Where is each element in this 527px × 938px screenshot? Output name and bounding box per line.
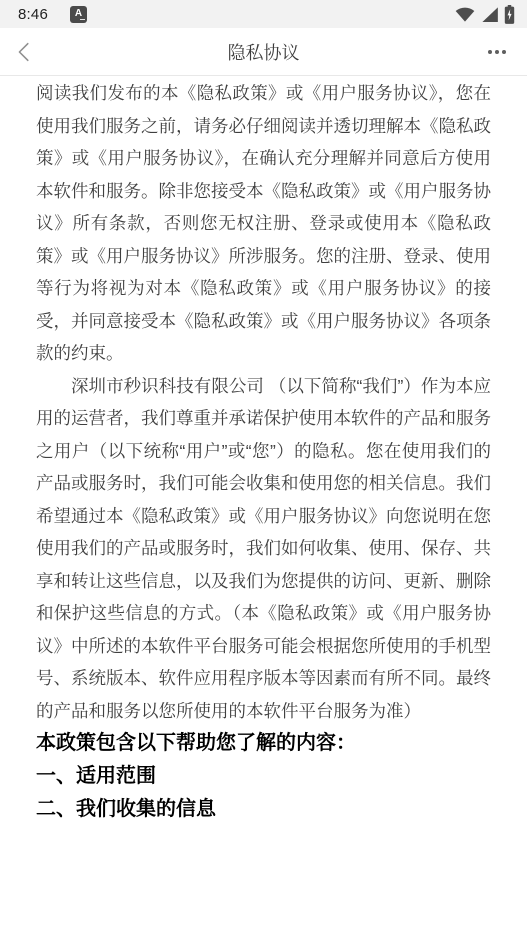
privacy-policy-screen: { "status_bar": { "time": "8:46", "app_b… (0, 0, 527, 938)
policy-paragraph-intro: 阅读我们发布的本《隐私政策》或《用户服务协议》，您在使用我们服务之前，请务必仔细… (36, 77, 491, 370)
clock-time: 8:46 (18, 6, 48, 23)
app-notification-icon: A (70, 6, 87, 23)
battery-charging-icon (504, 5, 515, 24)
more-options-button[interactable] (479, 28, 515, 76)
page-title: 隐私协议 (0, 39, 527, 65)
cellular-signal-icon (481, 7, 498, 22)
policy-section-heading: 本政策包含以下帮助您了解的内容： (36, 727, 491, 760)
wifi-icon (455, 7, 475, 22)
policy-paragraph-company: 深圳市秒识科技有限公司 （以下简称“我们”）作为本应用的运营者，我们尊重并承诺保… (36, 370, 491, 728)
back-button[interactable] (0, 28, 44, 76)
dot-icon (488, 50, 492, 54)
status-bar: 8:46 A (0, 0, 527, 28)
dot-icon (495, 50, 499, 54)
policy-toc-item-1: 一、适用范围 (36, 760, 491, 793)
policy-toc-item-2: 二、我们收集的信息 (36, 793, 491, 826)
policy-document-scroll-area[interactable]: 阅读我们发布的本《隐私政策》或《用户服务协议》，您在使用我们服务之前，请务必仔细… (0, 77, 527, 938)
status-icon-group (455, 5, 515, 24)
dot-icon (502, 50, 506, 54)
nav-bar: 隐私协议 (0, 28, 527, 76)
chevron-left-icon (14, 39, 36, 65)
